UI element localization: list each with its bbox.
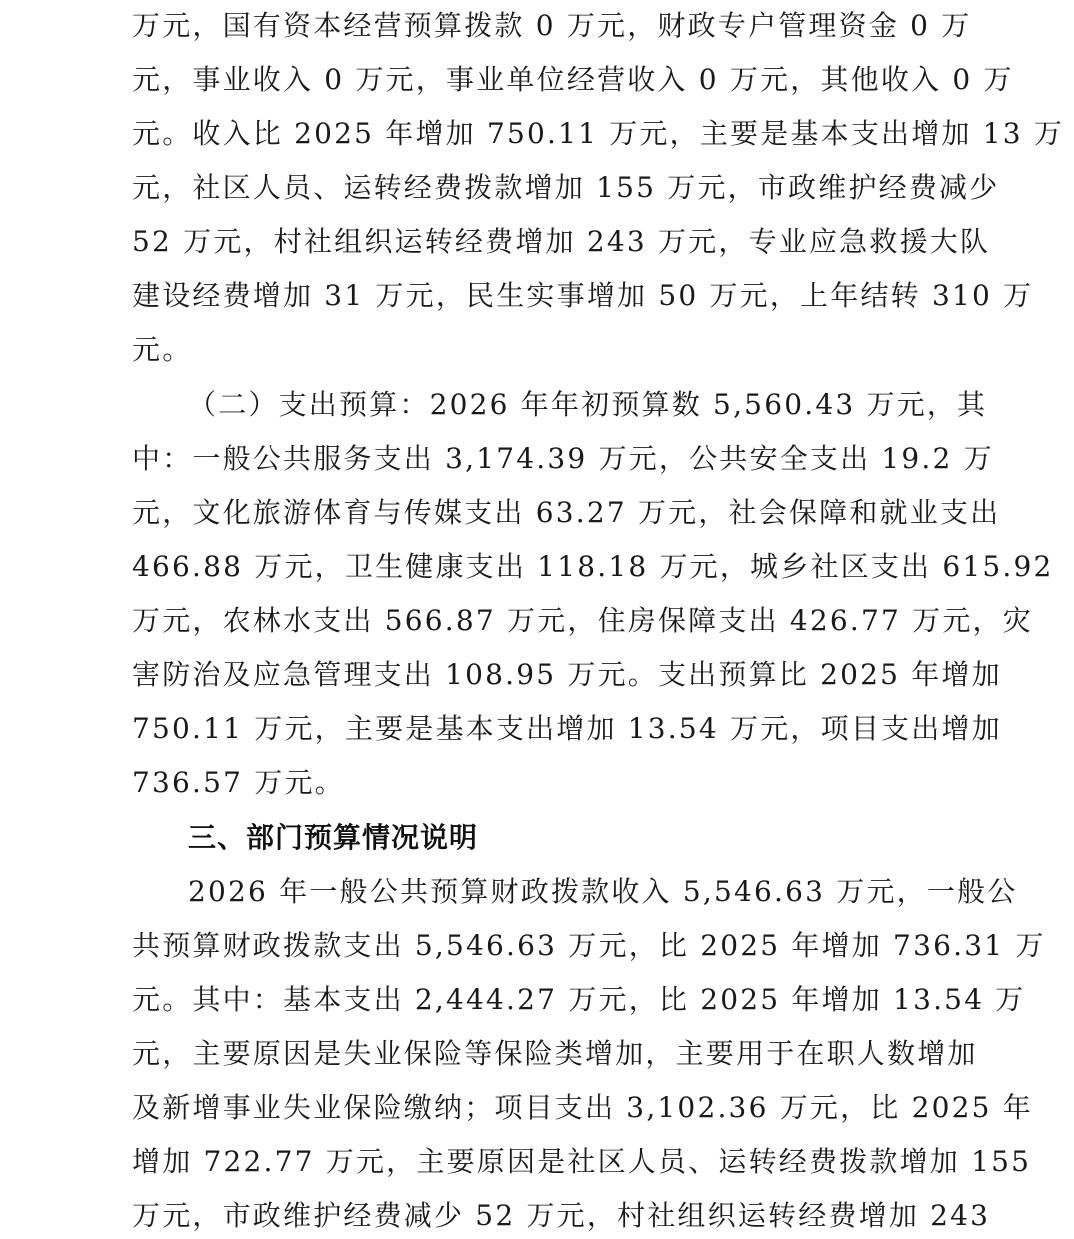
paragraph-line: 元，主要原因是失业保险等保险类增加，主要用于在职人数增加 (132, 1034, 978, 1074)
paragraph-line: 害防治及应急管理支出 108.95 万元。支出预算比 2025 年增加 (132, 655, 1002, 695)
paragraph-line: 466.88 万元，卫生健康支出 118.18 万元，城乡社区支出 615.92 (132, 547, 1054, 587)
paragraph-line: 元。其中：基本支出 2,444.27 万元，比 2025 年增加 13.54 万 (132, 980, 1026, 1020)
paragraph-line: 中：一般公共服务支出 3,174.39 万元，公共安全支出 19.2 万 (132, 439, 994, 479)
paragraph-line: 增加 722.77 万元，主要原因是社区人员、运转经费拨款增加 155 (132, 1142, 1031, 1182)
document-page: 万元，国有资本经营预算拨款 0 万元，财政专户管理资金 0 万 元，事业收入 0… (0, 0, 1074, 1239)
paragraph-line: 元。收入比 2025 年增加 750.11 万元，主要是基本支出增加 13 万 (132, 114, 1064, 154)
paragraph-line: 建设经费增加 31 万元，民生实事增加 50 万元，上年结转 310 万 (132, 276, 1033, 316)
paragraph-line: 750.11 万元，主要是基本支出增加 13.54 万元，项目支出增加 (132, 709, 1002, 749)
paragraph-line: 万元，市政维护经费减少 52 万元，村社组织运转经费增加 243 (132, 1196, 990, 1236)
paragraph-line: 736.57 万元。 (132, 763, 345, 803)
paragraph-line: 元。 (132, 330, 192, 370)
paragraph-line: 52 万元，村社组织运转经费增加 243 万元，专业应急救援大队 (132, 222, 990, 262)
paragraph-line: 万元，国有资本经营预算拨款 0 万元，财政专户管理资金 0 万 (132, 6, 971, 46)
paragraph-line: 及新增事业失业保险缴纳；项目支出 3,102.36 万元，比 2025 年 (132, 1088, 1033, 1128)
paragraph-line: 元，事业收入 0 万元，事业单位经营收入 0 万元，其他收入 0 万 (132, 60, 1014, 100)
paragraph-line: 元，文化旅游体育与传媒支出 63.27 万元，社会保障和就业支出 (132, 493, 1000, 533)
paragraph-line: 共预算财政拨款支出 5,546.63 万元，比 2025 年增加 736.31 … (132, 926, 1046, 966)
paragraph-line: 2026 年一般公共预算财政拨款收入 5,546.63 万元，一般公 (188, 872, 1017, 912)
paragraph-line: 万元，农林水支出 566.87 万元，住房保障支出 426.77 万元，灾 (132, 601, 1033, 641)
section-expenditure-budget-line: （二）支出预算：2026 年年初预算数 5,560.43 万元，其 (188, 385, 987, 425)
section-heading: 三、部门预算情况说明 (188, 818, 478, 858)
paragraph-line: 元，社区人员、运转经费拨款增加 155 万元，市政维护经费减少 (132, 168, 999, 208)
